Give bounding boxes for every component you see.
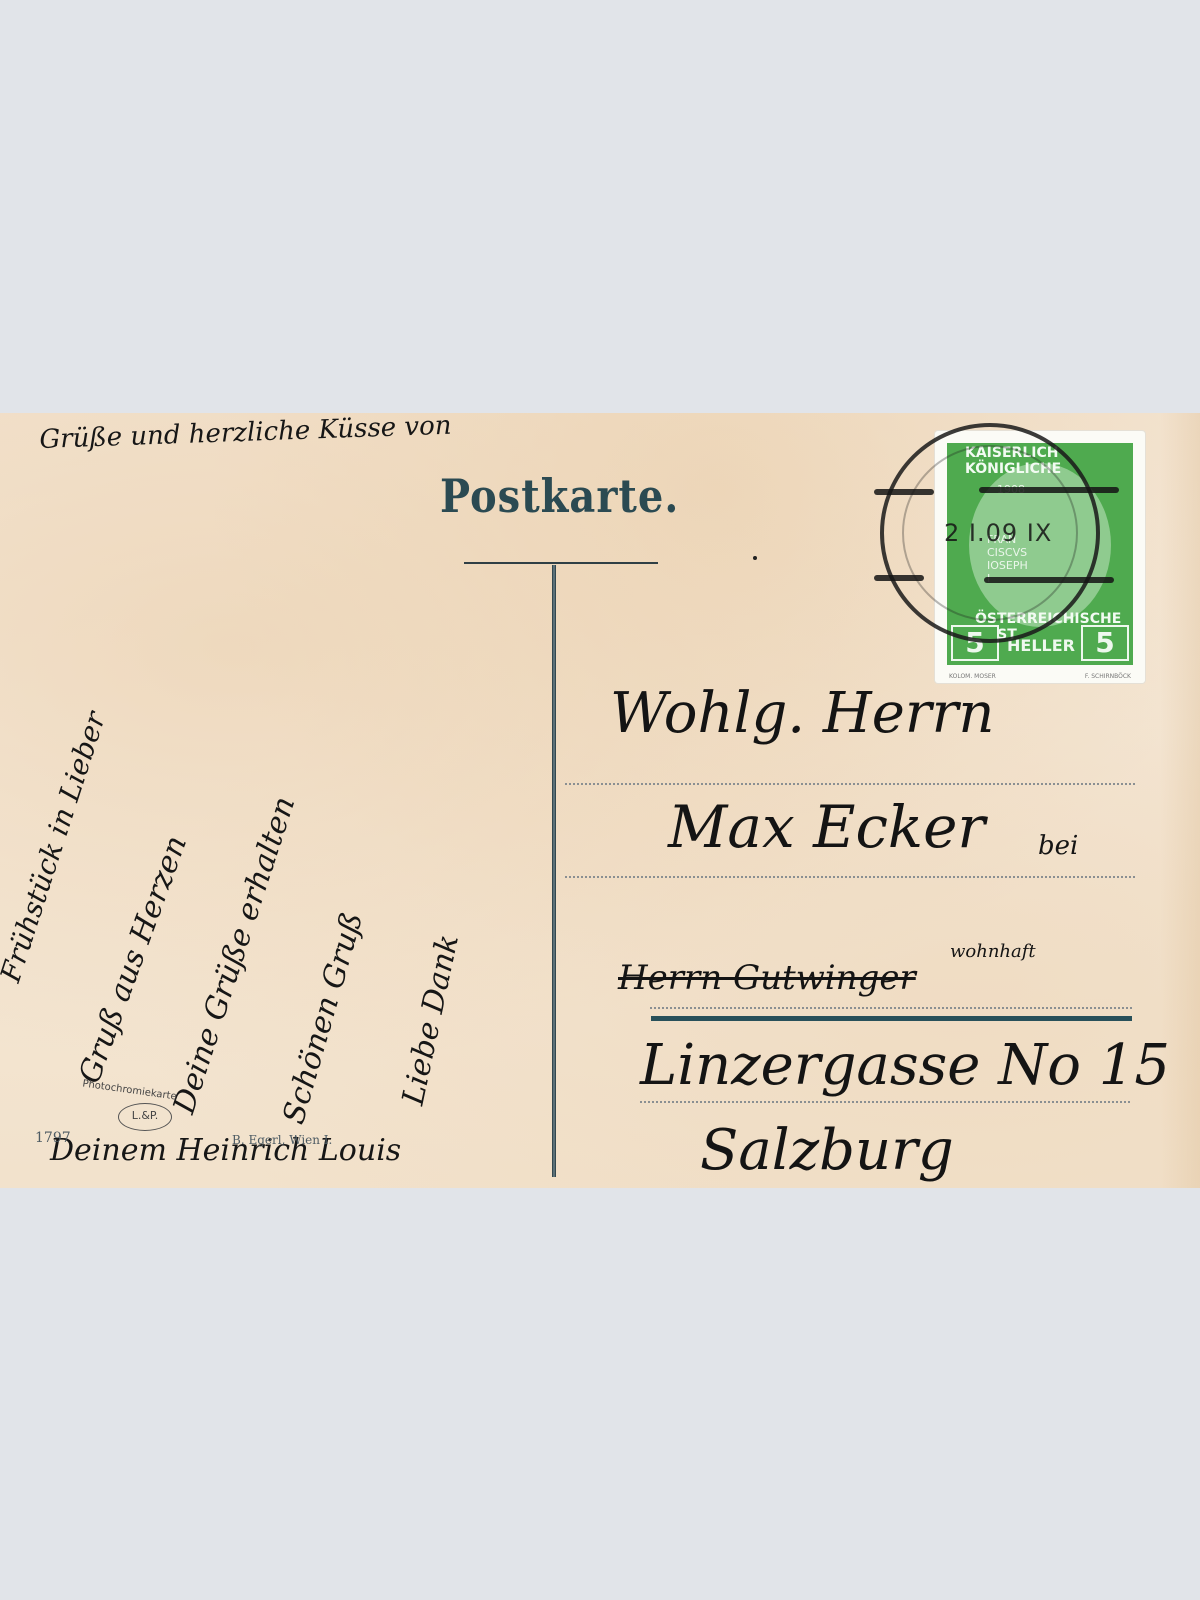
address-correction: wohnhaft (950, 941, 1036, 962)
message-signature: Deinem Heinrich Louis (50, 1133, 401, 1168)
address-name: Max Ecker (668, 793, 985, 861)
message-line: Liebe Dank (396, 931, 466, 1108)
postmark-bar (979, 487, 1119, 493)
postcard-back: Grüße und herzliche Küsse von Frühstück … (0, 413, 1200, 1188)
postmark-bar (874, 575, 924, 581)
publisher-imprint: B. Egerl, Wien I. (232, 1133, 332, 1147)
address-line (565, 783, 1135, 785)
postmark-date: 2 I.09 IX (944, 519, 1052, 547)
divider-line (552, 565, 556, 1177)
title-underline (464, 562, 658, 564)
handwritten-message: Grüße und herzliche Küsse von Frühstück … (10, 433, 530, 1173)
address-divider (651, 1016, 1132, 1021)
stamp-value-right: 5 (1081, 625, 1129, 661)
ink-dot (753, 556, 757, 560)
imprint-logo: L.&P. (118, 1103, 172, 1131)
address-name-suffix: bei (1038, 831, 1078, 861)
postmark-bar (874, 489, 934, 495)
address-salutation: Wohlg. Herrn (610, 681, 994, 746)
address-street: Linzergasse No 15 (640, 1033, 1170, 1098)
postmark-bar (984, 577, 1114, 583)
message-line: Gruß aus Herzen (72, 831, 194, 1088)
address-line (640, 1101, 1130, 1103)
message-line: Frühstück in Lieber (0, 708, 112, 986)
address-struck-line: Herrn Gutwinger (618, 958, 916, 998)
address-line (650, 1007, 1132, 1009)
postcard-title: Postkarte. (440, 469, 679, 523)
address-line (565, 876, 1135, 878)
stamp-engraver-credit: F. SCHIRNBÖCK (1085, 673, 1131, 680)
postmark-cancellation: 2 I.09 IX (880, 423, 1100, 643)
address-city: Salzburg (700, 1118, 954, 1183)
series-number: 1797 (35, 1130, 71, 1146)
stamp-designer-credit: KOLOM. MOSER (949, 673, 996, 680)
message-line: Schönen Gruß (276, 908, 370, 1128)
message-top-line: Grüße und herzliche Küsse von (39, 413, 452, 455)
